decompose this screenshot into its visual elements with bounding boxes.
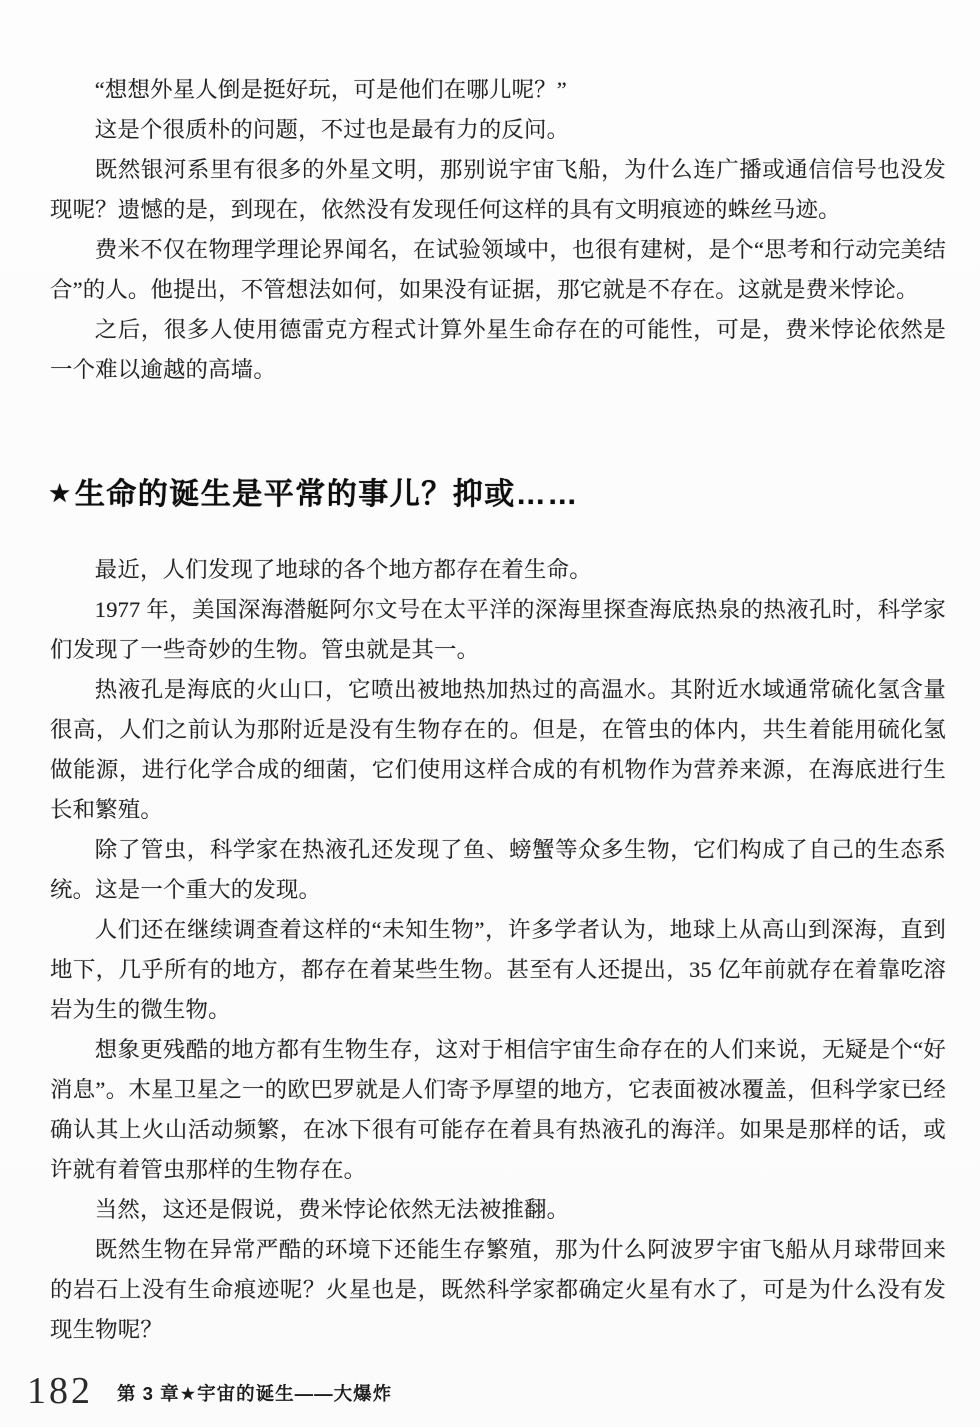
chapter-title: 第 3 章★宇宙的诞生——大爆炸 xyxy=(117,1380,392,1406)
paragraph: 人们还在继续调查着这样的“未知生物”，许多学者认为，地球上从高山到深海，直到地下… xyxy=(50,910,946,1030)
paragraph: 热液孔是海底的火山口，它喷出被地热加热过的高温水。其附近水域通常硫化氢含量很高，… xyxy=(50,670,946,830)
section-heading-text: 生命的诞生是平常的事儿？抑或…… xyxy=(75,478,579,511)
paragraph: 1977 年，美国深海潜艇阿尔文号在太平洋的深海里探查海底热泉的热液孔时，科学家… xyxy=(50,590,946,670)
paragraph-quote: “想想外星人倒是挺好玩，可是他们在哪儿呢？” xyxy=(50,70,946,110)
star-icon: ★ xyxy=(48,478,73,508)
life-section: 最近，人们发现了地球的各个地方都存在着生命。 1977 年，美国深海潜艇阿尔文号… xyxy=(50,550,946,1350)
section-heading: ★生命的诞生是平常的事儿？抑或…… xyxy=(48,472,946,516)
paragraph: 除了管虫，科学家在热液孔还发现了鱼、螃蟹等众多生物，它们构成了自己的生态系统。这… xyxy=(50,830,946,910)
paragraph: 既然银河系里有很多的外星文明，那别说宇宙飞船，为什么连广播或通信信号也没发现呢？… xyxy=(50,150,946,230)
paragraph: 想象更残酷的地方都有生物生存，这对于相信宇宙生命存在的人们来说，无疑是个“好消息… xyxy=(50,1030,946,1190)
page-number: 182 xyxy=(27,1372,93,1410)
paragraph: 既然生物在异常严酷的环境下还能生存繁殖，那为什么阿波罗宇宙飞船从月球带回来的岩石… xyxy=(50,1230,946,1350)
paragraph: 最近，人们发现了地球的各个地方都存在着生命。 xyxy=(50,550,946,590)
paragraph: 之后，很多人使用德雷克方程式计算外星生命存在的可能性，可是，费米悖论依然是一个难… xyxy=(50,310,946,390)
paragraph: 当然，这还是假说，费米悖论依然无法被推翻。 xyxy=(50,1190,946,1230)
paragraph: 这是个很质朴的问题，不过也是最有力的反问。 xyxy=(50,110,946,150)
paragraph: 费米不仅在物理学理论界闻名，在试验领域中，也很有建树，是个“思考和行动完美结合”… xyxy=(50,230,946,310)
intro-section: “想想外星人倒是挺好玩，可是他们在哪儿呢？” 这是个很质朴的问题，不过也是最有力… xyxy=(50,70,946,390)
text-column: “想想外星人倒是挺好玩，可是他们在哪儿呢？” 这是个很质朴的问题，不过也是最有力… xyxy=(50,70,946,1350)
page-footer: 182 第 3 章★宇宙的诞生——大爆炸 xyxy=(27,1372,392,1410)
book-page: “想想外星人倒是挺好玩，可是他们在哪儿呢？” 这是个很质朴的问题，不过也是最有力… xyxy=(0,0,980,1427)
